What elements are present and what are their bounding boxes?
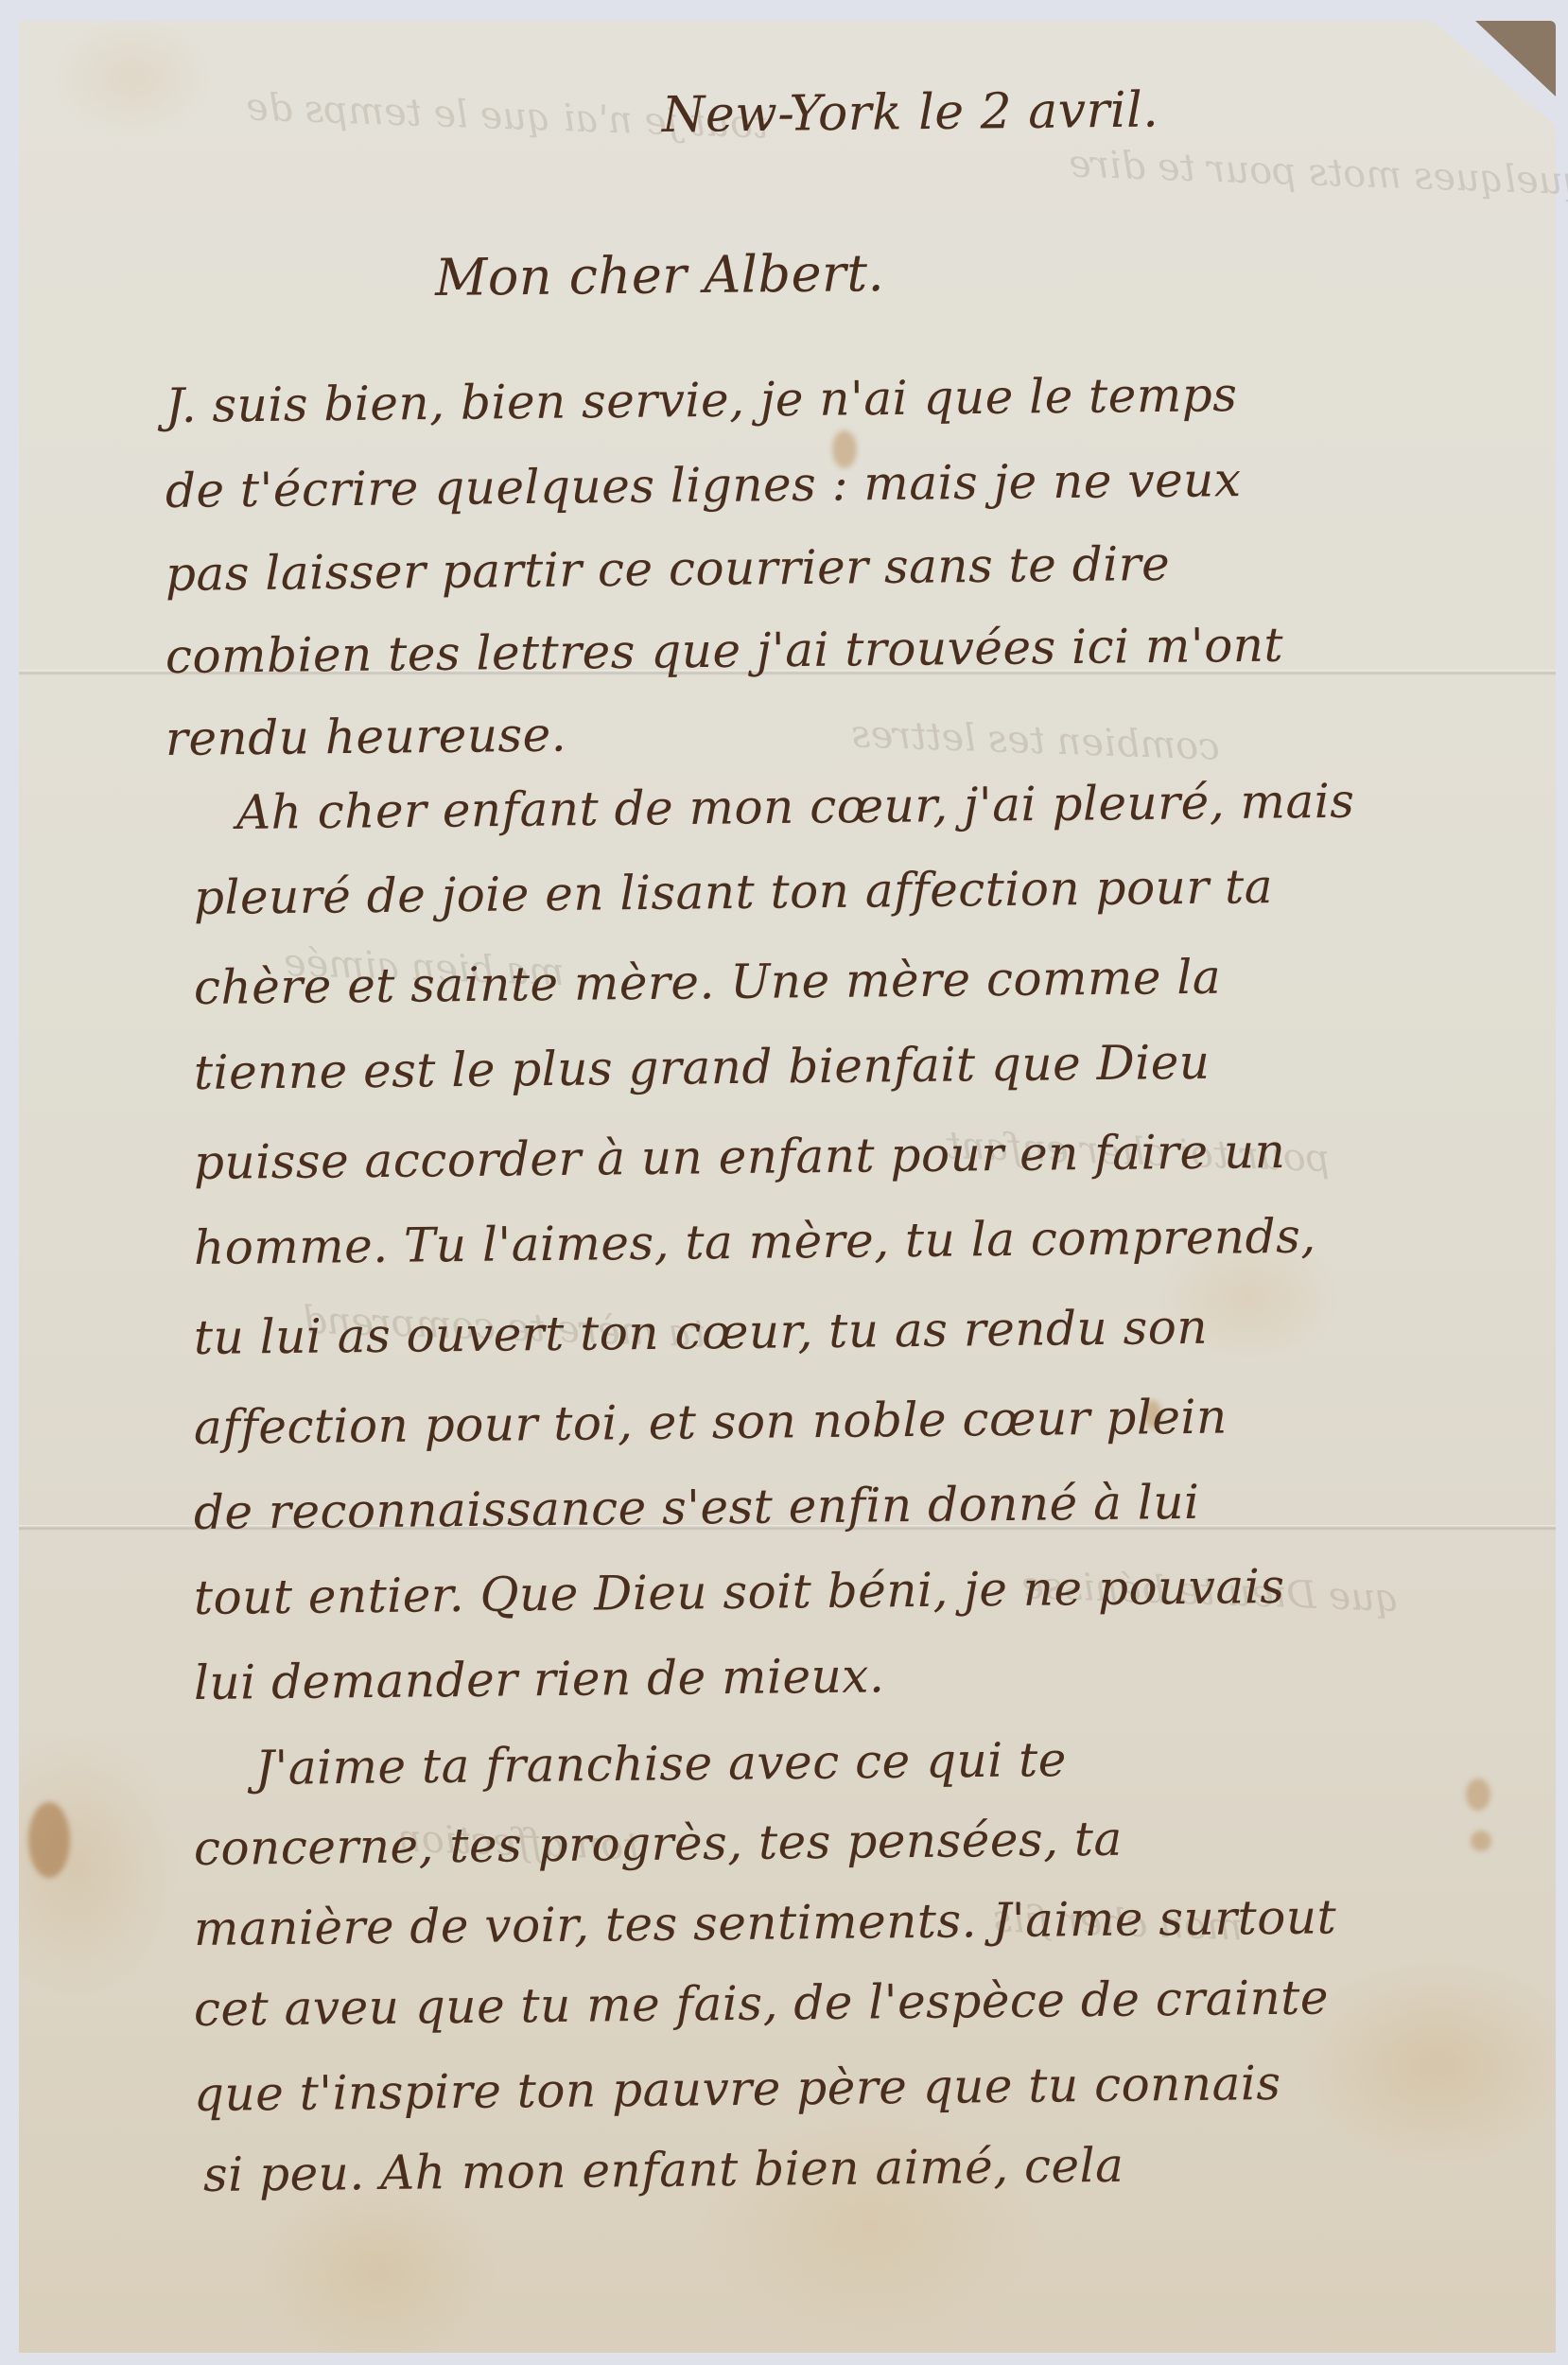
- letter-line: pleuré de joie en lisant ton affection p…: [194, 859, 1274, 925]
- letter-line: homme. Tu l'aimes, ta mère, tu la compre…: [194, 1209, 1316, 1275]
- letter-line: chère et sainte mère. Une mère comme la: [194, 950, 1222, 1015]
- letter-line: combien tes lettres que j'ai trouvées ic…: [166, 618, 1284, 684]
- letter-line: pas laisser partir ce courrier sans te d…: [166, 536, 1171, 602]
- letter-line: de t'écrire quelques lignes : mais je ne…: [166, 452, 1242, 518]
- edge-stain: [28, 1802, 70, 1878]
- letter-line: si peu. Ah mon enfant bien aimé, cela: [203, 2138, 1124, 2202]
- letter-dateline: New-York le 2 avril.: [662, 82, 1159, 144]
- letter-line: tout entier. Que Dieu soit béni, je ne p…: [194, 1559, 1285, 1625]
- letter-line: puisse accorder à un enfant pour en fair…: [194, 1124, 1286, 1190]
- letter-line: de reconnaissance s'est enfin donné à lu…: [194, 1475, 1200, 1540]
- letter-line: Ah cher enfant de mon cœur, j'ai pleuré,…: [236, 774, 1355, 840]
- letter-line: tu lui as ouvert ton cœur, tu as rendu s…: [194, 1300, 1209, 1365]
- letter-line: que t'inspire ton pauvre père que tu con…: [194, 2056, 1281, 2122]
- letter-line: tienne est le plus grand bienfait que Di…: [194, 1035, 1211, 1100]
- letter-line: lui demander rien de mieux.: [194, 1648, 885, 1710]
- letter-greeting: Mon cher Albert.: [435, 243, 885, 307]
- ink-stain: [1471, 1831, 1491, 1851]
- letter-line: J. suis bien, bien servie, je n'ai que l…: [166, 367, 1238, 433]
- letter-line: affection pour toi, et son noble cœur pl…: [194, 1390, 1228, 1455]
- ink-stain: [1466, 1778, 1490, 1811]
- letter-line: concerne, tes progrès, tes pensées, ta: [194, 1812, 1123, 1876]
- letter-line: J'aime ta franchise avec ce qui te: [255, 1732, 1067, 1796]
- letter-line: rendu heureuse.: [166, 708, 567, 766]
